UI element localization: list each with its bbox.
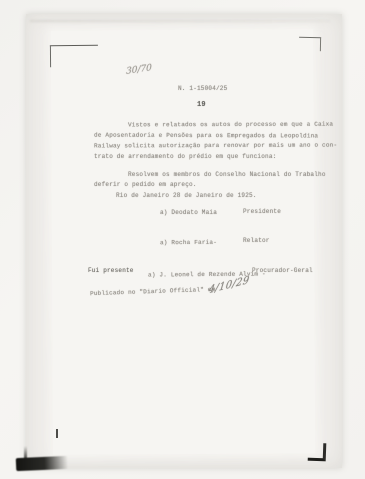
- corner-mark-bottom-left: [16, 456, 69, 471]
- present-role: Procurador-Geral: [252, 267, 313, 274]
- signature-name: a) Rocha Faria-: [160, 239, 217, 246]
- body-line: Vistos e relatados os autos do processo …: [128, 121, 333, 129]
- corner-mark-top-left: [50, 45, 98, 67]
- signature-role: Presidente: [243, 208, 281, 215]
- corner-mark-bottom-right: [308, 443, 327, 462]
- body-line: Railway solicita autorização para renova…: [94, 142, 337, 150]
- body-line: trato de arrendamento do prédio em que f…: [94, 153, 276, 160]
- corner-tick-bottom-left: [56, 429, 58, 438]
- date-line: Rio de Janeiro 28 de Janeiro de 1925.: [116, 192, 257, 199]
- scanned-document-photo: 30/70 N. 1-15004/25 19 Vistos e relatado…: [0, 0, 365, 479]
- page-number: 19: [197, 102, 206, 109]
- body-line: Resolvem os membros do Conselho Nacional…: [128, 171, 326, 178]
- page-top-edge: [30, 20, 330, 22]
- body-line: de Aposentadoria e Pensões para os Empre…: [94, 132, 318, 140]
- signature-name: a) Deodato Maia: [160, 209, 217, 216]
- signature-role: Relator: [243, 237, 270, 244]
- body-line: deferir o pedido em apreço.: [94, 181, 197, 188]
- present-label: Fui presente: [88, 267, 134, 274]
- corner-mark-top-right: [299, 37, 321, 51]
- process-number: N. 1-15004/25: [178, 85, 227, 92]
